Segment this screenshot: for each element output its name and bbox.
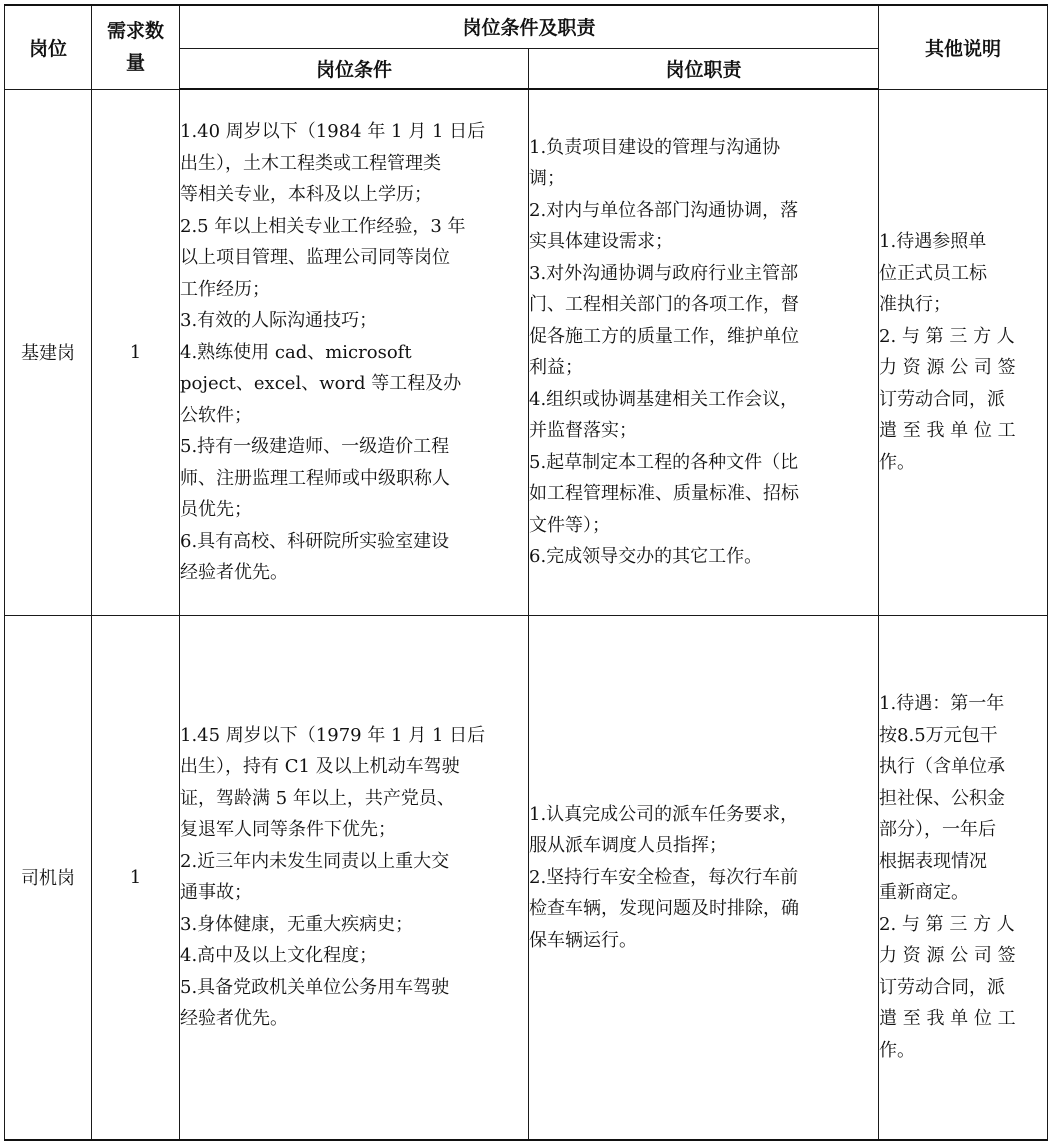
- text-line: 1.待遇参照单: [879, 226, 1047, 258]
- text-line: 根据表现情况: [879, 846, 1047, 878]
- text-line: 2.对内与单位各部门沟通协调，落: [529, 195, 878, 227]
- header-conditions: 岗位条件: [180, 48, 529, 89]
- conditions-cell: 1.40 周岁以下（1984 年 1 月 1 日后 出生），土木工程类或工程管理…: [180, 89, 529, 615]
- text-line: 遣 至 我 单 位 工: [879, 415, 1047, 447]
- text-line: 1.45 周岁以下（1979 年 1 月 1 日后: [180, 720, 528, 752]
- header-position-label: 岗位: [29, 38, 67, 60]
- text-line: 1.负责项目建设的管理与沟通协: [529, 132, 878, 164]
- table-row: 司机岗 1 1.45 周岁以下（1979 年 1 月 1 日后 出生），持有 C…: [5, 615, 1048, 1140]
- text-line: 1.认真完成公司的派车任务要求，: [529, 799, 878, 831]
- text-line: 公软件；: [180, 400, 528, 432]
- text-line: 促各施工方的质量工作，维护单位: [529, 321, 878, 353]
- text-line: 4.高中及以上文化程度；: [180, 940, 528, 972]
- text-line: 如工程管理标准、质量标准、招标: [529, 478, 878, 510]
- header-other-notes: 其他说明: [879, 5, 1048, 89]
- text-line: 5.具备党政机关单位公务用车驾驶: [180, 972, 528, 1004]
- headcount-value: 1: [130, 342, 141, 363]
- header-conditions-label: 岗位条件: [316, 59, 392, 81]
- text-line: 服从派车调度人员指挥；: [529, 830, 878, 862]
- text-line: 经验者优先。: [180, 557, 528, 589]
- text-line: 6.完成领导交办的其它工作。: [529, 541, 878, 573]
- header-other-notes-label: 其他说明: [925, 38, 1001, 60]
- text-line: 4.熟练使用 cad、microsoft: [180, 337, 528, 369]
- notes-cell: 1.待遇：第一年 按8.5万元包干 执行（含单位承 担社保、公积金 部分），一年…: [879, 615, 1048, 1140]
- text-line: 等相关专业，本科及以上学历；: [180, 179, 528, 211]
- text-line: 5.持有一级建造师、一级造价工程: [180, 431, 528, 463]
- text-line: 遣 至 我 单 位 工: [879, 1003, 1047, 1035]
- text-line: 员优先；: [180, 494, 528, 526]
- text-line: 位正式员工标: [879, 258, 1047, 290]
- text-line: 并监督落实；: [529, 415, 878, 447]
- position-cell: 基建岗: [5, 89, 92, 615]
- text-line: 以上项目管理、监理公司同等岗位: [180, 242, 528, 274]
- header-duties-label: 岗位职责: [666, 59, 742, 81]
- text-line: 保车辆运行。: [529, 925, 878, 957]
- text-line: 2.近三年内未发生同责以上重大交: [180, 846, 528, 878]
- text-line: 出生），持有 C1 及以上机动车驾驶: [180, 751, 528, 783]
- text-line: 门、工程相关部门的各项工作，督: [529, 289, 878, 321]
- text-line: 检查车辆，发现问题及时排除，确: [529, 893, 878, 925]
- text-line: 通事故；: [180, 877, 528, 909]
- text-line: 2.5 年以上相关专业工作经验，3 年: [180, 211, 528, 243]
- notes-cell: 1.待遇参照单 位正式员工标 准执行； 2. 与 第 三 方 人 力 资 源 公…: [879, 89, 1048, 615]
- headcount-value: 1: [130, 867, 141, 888]
- headcount-cell: 1: [92, 615, 180, 1140]
- job-requirements-table: 岗位 需求数 量 岗位条件及职责 其他说明 岗位条件 岗位职责 基建岗 1: [4, 4, 1048, 1141]
- duties-cell: 1.负责项目建设的管理与沟通协 调； 2.对内与单位各部门沟通协调，落 实具体建…: [529, 89, 879, 615]
- position-label: 司机岗: [21, 868, 75, 889]
- header-conditions-and-duties-label: 岗位条件及职责: [463, 17, 596, 39]
- text-line: 出生），土木工程类或工程管理类: [180, 148, 528, 180]
- header-conditions-and-duties: 岗位条件及职责: [180, 5, 879, 48]
- text-line: 利益；: [529, 352, 878, 384]
- text-line: 经验者优先。: [180, 1003, 528, 1035]
- text-line: 3.身体健康，无重大疾病史；: [180, 909, 528, 941]
- text-line: 担社保、公积金: [879, 783, 1047, 815]
- text-line: 2. 与 第 三 方 人: [879, 321, 1047, 353]
- text-line: 5.起草制定本工程的各种文件（比: [529, 447, 878, 479]
- header-headcount: 需求数 量: [92, 5, 180, 89]
- text-line: 力 资 源 公 司 签: [879, 940, 1047, 972]
- header-duties: 岗位职责: [529, 48, 879, 89]
- conditions-cell: 1.45 周岁以下（1979 年 1 月 1 日后 出生），持有 C1 及以上机…: [180, 615, 529, 1140]
- text-line: 执行（含单位承: [879, 751, 1047, 783]
- text-line: 重新商定。: [879, 877, 1047, 909]
- text-line: 2. 与 第 三 方 人: [879, 909, 1047, 941]
- text-line: 作。: [879, 1035, 1047, 1067]
- text-line: 准执行；: [879, 289, 1047, 321]
- text-line: 作。: [879, 447, 1047, 479]
- text-line: poject、excel、word 等工程及办: [180, 368, 528, 400]
- text-line: 证，驾龄满 5 年以上，共产党员、: [180, 783, 528, 815]
- text-line: 6.具有高校、科研院所实验室建设: [180, 526, 528, 558]
- text-line: 部分），一年后: [879, 814, 1047, 846]
- text-line: 实具体建设需求；: [529, 226, 878, 258]
- text-line: 1.40 周岁以下（1984 年 1 月 1 日后: [180, 116, 528, 148]
- text-line: 1.待遇：第一年: [879, 688, 1047, 720]
- text-line: 调；: [529, 163, 878, 195]
- position-cell: 司机岗: [5, 615, 92, 1140]
- text-line: 2.坚持行车安全检查，每次行车前: [529, 862, 878, 894]
- header-headcount-line-1: 需求数: [98, 15, 173, 47]
- duties-cell: 1.认真完成公司的派车任务要求， 服从派车调度人员指挥； 2.坚持行车安全检查，…: [529, 615, 879, 1140]
- text-line: 复退军人同等条件下优先；: [180, 814, 528, 846]
- position-label: 基建岗: [21, 343, 75, 364]
- text-line: 师、注册监理工程师或中级职称人: [180, 463, 528, 495]
- text-line: 订劳动合同，派: [879, 384, 1047, 416]
- text-line: 文件等）；: [529, 510, 878, 542]
- text-line: 3.对外沟通协调与政府行业主管部: [529, 258, 878, 290]
- text-line: 4.组织或协调基建相关工作会议，: [529, 384, 878, 416]
- header-headcount-line-2: 量: [98, 47, 173, 79]
- text-line: 按8.5万元包干: [879, 720, 1047, 752]
- table-row: 基建岗 1 1.40 周岁以下（1984 年 1 月 1 日后 出生），土木工程…: [5, 89, 1048, 615]
- headcount-cell: 1: [92, 89, 180, 615]
- text-line: 3.有效的人际沟通技巧；: [180, 305, 528, 337]
- text-line: 力 资 源 公 司 签: [879, 352, 1047, 384]
- text-line: 工作经历；: [180, 274, 528, 306]
- header-position: 岗位: [5, 5, 92, 89]
- header-row-1: 岗位 需求数 量 岗位条件及职责 其他说明: [5, 5, 1048, 48]
- text-line: 订劳动合同，派: [879, 972, 1047, 1004]
